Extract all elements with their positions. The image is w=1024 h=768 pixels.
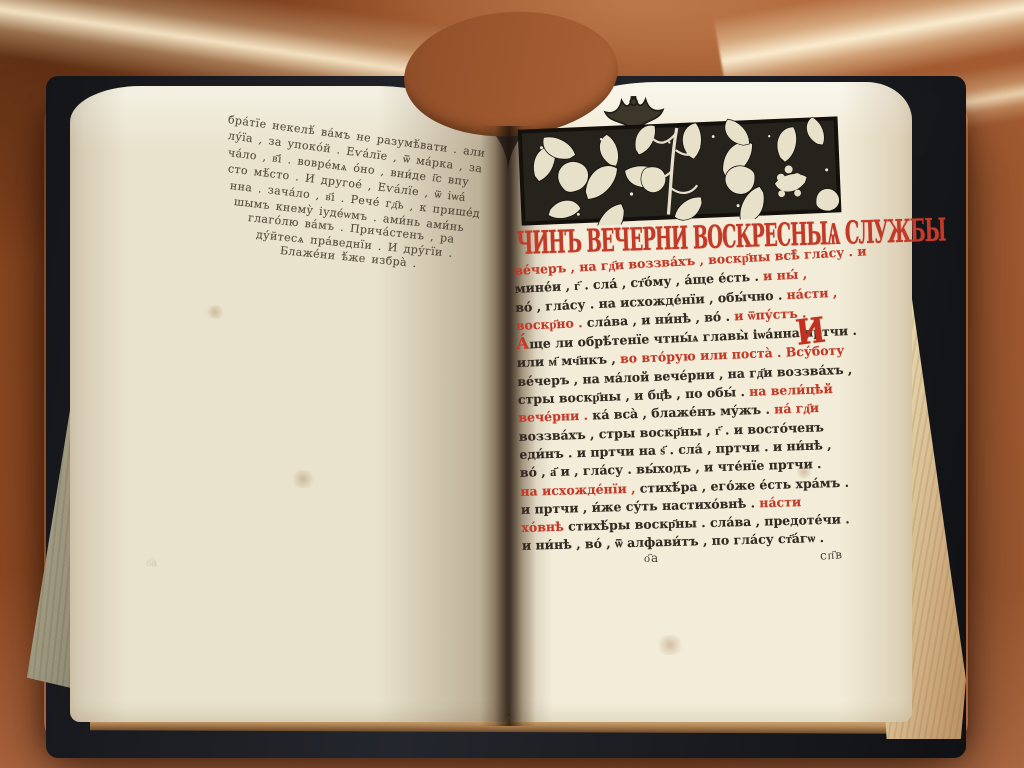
black-ink-segment: ка́ вса̀ , блаже́нъ му́жъ . (592, 402, 774, 423)
red-ink-segment: воскр҃но . (515, 315, 587, 333)
red-ink-segment: на вели́цѣй (749, 381, 833, 399)
photo-open-antique-book: бра́тїе некелѣ́ ва́мъ не разумѣ́вати . а… (0, 0, 1024, 768)
right-page-text: ве́черъ , на гд҃и воззва́хъ , воскр҃ны в… (514, 252, 868, 555)
red-ink-segment: А́ (516, 334, 530, 354)
red-ink-segment: на исхожде́нїи , (520, 480, 640, 498)
red-ornamental-margin-initial: И (794, 310, 828, 354)
red-ink-segment: вече́рни . (518, 408, 592, 425)
foxing-spot (655, 635, 685, 655)
foxing-spot (290, 470, 316, 488)
red-ink-segment: на́сти (759, 494, 801, 510)
folio-number-center: о҃а (644, 551, 659, 566)
headpiece-engraving (515, 85, 842, 228)
woodcut-headpiece-ornament (515, 85, 842, 228)
red-ink-segment: и ны́ , (763, 266, 808, 283)
left-page-faint-folio: о҃а (146, 558, 157, 569)
black-ink-segment: или м҃ мч҃нкъ , (517, 351, 621, 370)
red-ink-segment: на́сти , (786, 284, 837, 301)
left-page-text: бра́тїе некелѣ́ ва́мъ не разумѣ́вати . а… (228, 112, 514, 260)
red-ink-segment: на́ гд҃и (774, 400, 819, 416)
foxing-spot (205, 305, 225, 319)
red-ink-segment: хо́внѣ (521, 519, 568, 535)
folio-number-right: сп҃в (820, 547, 844, 563)
